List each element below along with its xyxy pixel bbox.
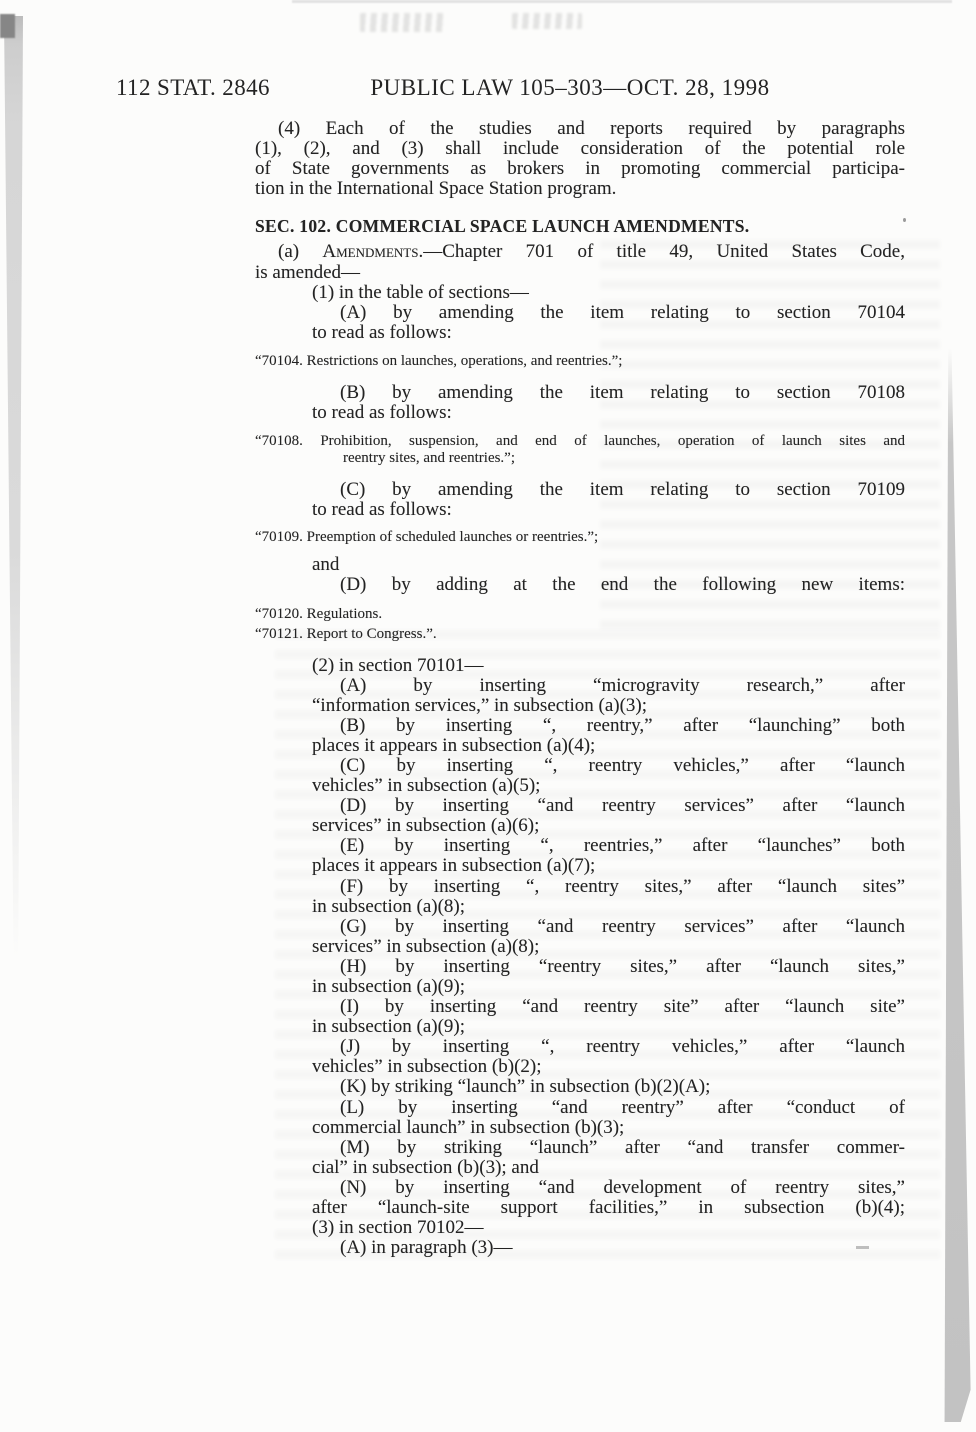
text-line: commercial launch” in subsection (b)(3); [312,1118,905,1138]
text-line: (a) Amendments.—Chapter 701 of title 49,… [278,242,905,262]
text-line: (N) by inserting “and development of ree… [340,1178,905,1198]
text-line: (E) by inserting “, reentries,” after “l… [340,836,905,856]
text-line: in subsection (a)(9); [312,977,905,997]
text-line: cial” in subsection (b)(3); and [312,1158,905,1178]
text-line: (2) in section 70101— [312,656,905,676]
text-line: (J) by inserting “, reentry vehicles,” a… [340,1037,905,1057]
text-line: “70109. Preemption of scheduled launches… [255,529,905,546]
running-head: 112 STAT. 2846 PUBLIC LAW 105–303—OCT. 2… [0,74,976,104]
scan-artifact-smudge [512,13,582,29]
scanned-page: 112 STAT. 2846 PUBLIC LAW 105–303—OCT. 2… [0,0,976,1432]
text-line: places it appears in subsection (a)(4); [312,736,905,756]
text-line: to read as follows: [312,500,905,520]
text-line: (L) by inserting “and reentry” after “co… [340,1098,905,1118]
text-line: in subsection (a)(8); [312,897,905,917]
text-line: to read as follows: [312,323,905,343]
text-line: “70104. Restrictions on launches, operat… [255,353,905,370]
text-line: in subsection (a)(9); [312,1017,905,1037]
text-line: (A) in paragraph (3)— [340,1238,905,1258]
text-line: (K) by striking “launch” in subsection (… [340,1077,905,1097]
text-line: (4) Each of the studies and reports requ… [278,119,905,139]
text-line: (M) by striking “launch” after “and tran… [340,1138,905,1158]
section-heading-line: SEC. 102. COMMERCIAL SPACE LAUNCH AMENDM… [255,216,905,236]
statute-text-block: (4) Each of the studies and reports requ… [255,119,905,1258]
text-line: of State governments as brokers in promo… [255,159,905,179]
text-line: (C) by amending the item relating to sec… [340,480,905,500]
text-line: (C) by inserting “, reentry vehicles,” a… [340,756,905,776]
text-line: (B) by amending the item relating to sec… [340,383,905,403]
text-line: reentry sites, and reentries.”; [343,450,905,467]
law-title: PUBLIC LAW 105–303—OCT. 28, 1998 [245,74,895,101]
text-line: (3) in section 70102— [312,1218,905,1238]
text-line: (G) by inserting “and reentry services” … [340,917,905,937]
text-line: vehicles” in subsection (a)(5); [312,776,905,796]
scan-artifact-smudge [360,13,444,32]
text-line: after “launch-site support facilities,” … [312,1198,905,1218]
text-line: services” in subsection (a)(6); [312,816,905,836]
text-line: (I) by inserting “and reentry site” afte… [340,997,905,1017]
text-line: tion in the International Space Station … [255,179,905,199]
scan-artifact-corner-mark [0,14,15,38]
text-line: (D) by inserting “and reentry services” … [340,796,905,816]
text-line: to read as follows: [312,403,905,423]
scan-artifact-left-strip [4,16,23,988]
text-line: “70121. Report to Congress.”. [255,626,905,643]
text-line: (1), (2), and (3) shall include consider… [255,139,905,159]
text-line: (F) by inserting “, reentry sites,” afte… [340,877,905,897]
text-line: (B) by inserting “, reentry,” after “lau… [340,716,905,736]
text-line: vehicles” in subsection (b)(2); [312,1057,905,1077]
text-line: (1) in the table of sections— [312,283,905,303]
text-line: (A) by inserting “microgravity research,… [340,676,905,696]
scan-artifact-right-wedge [944,348,972,1422]
text-line: and [312,555,905,575]
text-line: (A) by amending the item relating to sec… [340,303,905,323]
text-line: is amended— [255,263,905,283]
scan-artifact-top-line [292,0,952,3]
text-line: “information services,” in subsection (a… [312,696,905,716]
text-line: places it appears in subsection (a)(7); [312,856,905,876]
text-line: (H) by inserting “reentry sites,” after … [340,957,905,977]
text-line: (D) by adding at the end the following n… [340,575,905,595]
text-line: “70108. Prohibition, suspension, and end… [255,433,905,450]
text-line: services” in subsection (a)(8); [312,937,905,957]
text-line: “70120. Regulations. [255,606,905,623]
